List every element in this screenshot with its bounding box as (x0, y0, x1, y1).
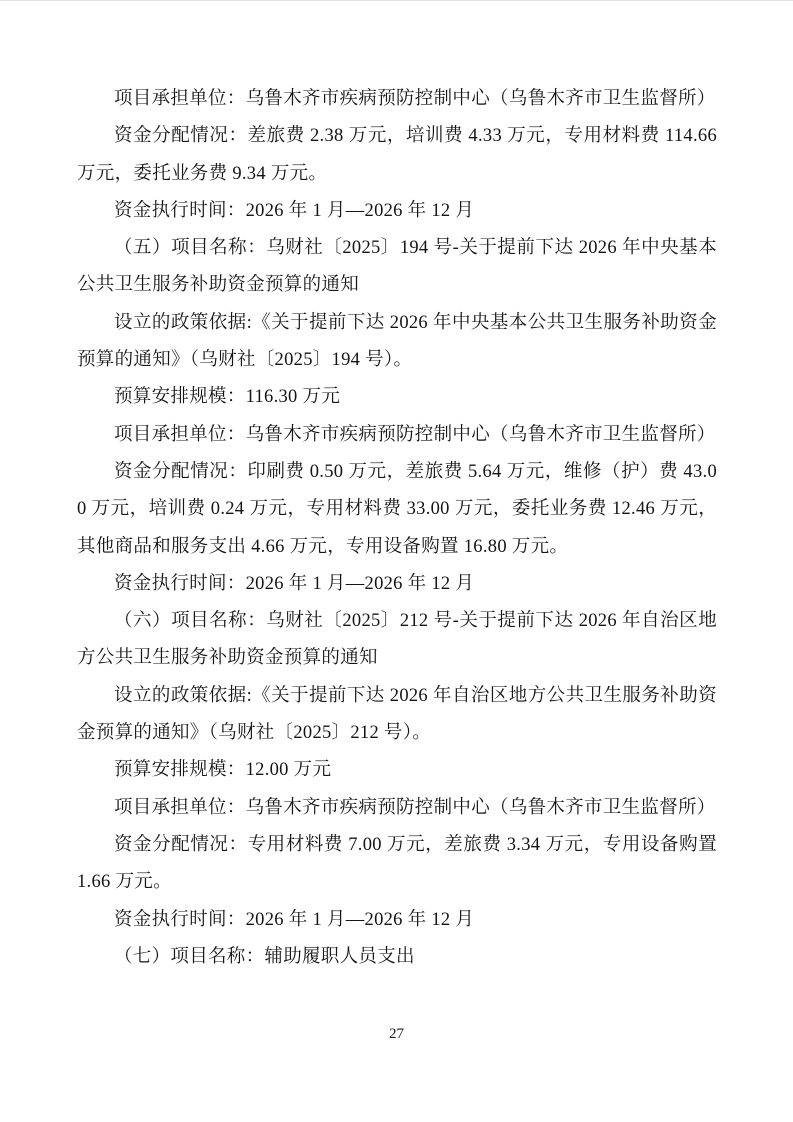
paragraph-project-unit: 项目承担单位：乌鲁木齐市疾病预防控制中心（乌鲁木齐市卫生监督所） (77, 417, 717, 454)
document-page: 项目承担单位：乌鲁木齐市疾病预防控制中心（乌鲁木齐市卫生监督所） 资金分配情况：… (0, 0, 793, 1122)
paragraph-project-6-name: （六）项目名称：乌财社〔2025〕212 号-关于提前下达 2026 年自治区地… (77, 603, 717, 678)
paragraph-project-7-name: （七）项目名称：辅助履职人员支出 (77, 939, 717, 976)
paragraph-project-5-name: （五）项目名称：乌财社〔2025〕194 号-关于提前下达 2026 年中央基本… (77, 230, 717, 305)
paragraph-project-unit: 项目承担单位：乌鲁木齐市疾病预防控制中心（乌鲁木齐市卫生监督所） (77, 790, 717, 827)
paragraph-fund-allocation: 资金分配情况：印刷费 0.50 万元，差旅费 5.64 万元，维修（护）费 43… (77, 454, 717, 566)
page-number: 27 (389, 1026, 404, 1043)
document-body: 项目承担单位：乌鲁木齐市疾病预防控制中心（乌鲁木齐市卫生监督所） 资金分配情况：… (77, 81, 717, 976)
paragraph-policy-basis: 设立的政策依据:《关于提前下达 2026 年中央基本公共卫生服务补助资金预算的通… (77, 305, 717, 380)
paragraph-fund-allocation: 资金分配情况：专用材料费 7.00 万元，差旅费 3.34 万元，专用设备购置 … (77, 827, 717, 902)
page-footer: 27 (0, 1025, 793, 1043)
paragraph-project-unit: 项目承担单位：乌鲁木齐市疾病预防控制中心（乌鲁木齐市卫生监督所） (77, 81, 717, 118)
paragraph-budget-scale: 预算安排规模：12.00 万元 (77, 752, 717, 789)
paragraph-fund-execution-time: 资金执行时间：2026 年 1 月—2026 年 12 月 (77, 902, 717, 939)
paragraph-fund-execution-time: 资金执行时间：2026 年 1 月—2026 年 12 月 (77, 566, 717, 603)
paragraph-budget-scale: 预算安排规模：116.30 万元 (77, 379, 717, 416)
paragraph-policy-basis: 设立的政策依据:《关于提前下达 2026 年自治区地方公共卫生服务补助资金预算的… (77, 678, 717, 753)
paragraph-fund-allocation: 资金分配情况：差旅费 2.38 万元，培训费 4.33 万元，专用材料费 114… (77, 118, 717, 193)
paragraph-fund-execution-time: 资金执行时间：2026 年 1 月—2026 年 12 月 (77, 193, 717, 230)
